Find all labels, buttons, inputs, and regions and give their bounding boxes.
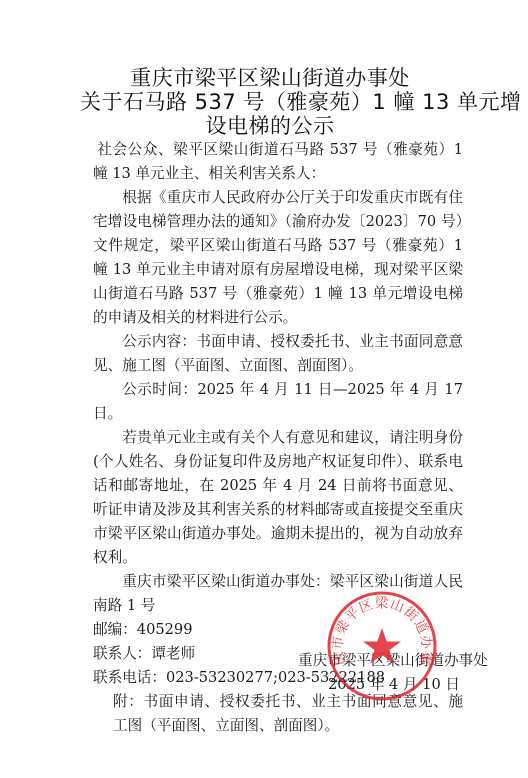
- signature-organization: 重庆市梁平区梁山街道办事处: [298, 649, 468, 673]
- document-title: 重庆市梁平区梁山街道办事处 关于石马路 537 号（雅豪苑）1 幢 13 单元增…: [80, 66, 460, 138]
- postcode: 邮编：405299: [93, 618, 463, 642]
- attachment-note: 附：书面申请、授权委托书、业主书面同意意见、施工图（平面图、立面图、剖面图）。: [93, 690, 463, 738]
- document-body: 社会公众、梁平区梁山街道石马路 537 号（雅豪苑）1 幢 13 单元业主、相关…: [93, 138, 463, 738]
- paragraph-address: 重庆市梁平区梁山街道办事处：梁平区梁山街道人民南路 1 号: [93, 570, 463, 618]
- paragraph-basis: 根据《重庆市人民政府办公厅关于印发重庆市既有住宅增设电梯管理办法的通知》（渝府办…: [93, 186, 463, 330]
- paragraph-content: 公示内容：书面申请、授权委托书、业主书面同意意见、施工图（平面图、立面图、剖面图…: [93, 330, 463, 378]
- signature-date: 2025 年 4 月 10 日: [298, 673, 468, 697]
- document-page: 重庆市梁平区梁山街道办事处 关于石马路 537 号（雅豪苑）1 幢 13 单元增…: [0, 0, 528, 778]
- salutation: 社会公众、梁平区梁山街道石马路 537 号（雅豪苑）1 幢 13 单元业主、相关…: [93, 138, 463, 186]
- paragraph-period: 公示时间：2025 年 4 月 11 日—2025 年 4 月 17 日。: [93, 378, 463, 426]
- title-line-1: 重庆市梁平区梁山街道办事处: [80, 66, 460, 90]
- paragraph-objection: 若贵单元业主或有关个人有意见和建议，请注明身份(个人姓名、身份证复印件及房地产权…: [93, 426, 463, 570]
- title-line-2: 关于石马路 537 号（雅豪苑）1 幢 13 单元增: [80, 90, 460, 114]
- title-line-3: 设电梯的公示: [80, 114, 460, 138]
- signature-block: 重庆市梁平区梁山街道办事处 2025 年 4 月 10 日: [298, 649, 468, 697]
